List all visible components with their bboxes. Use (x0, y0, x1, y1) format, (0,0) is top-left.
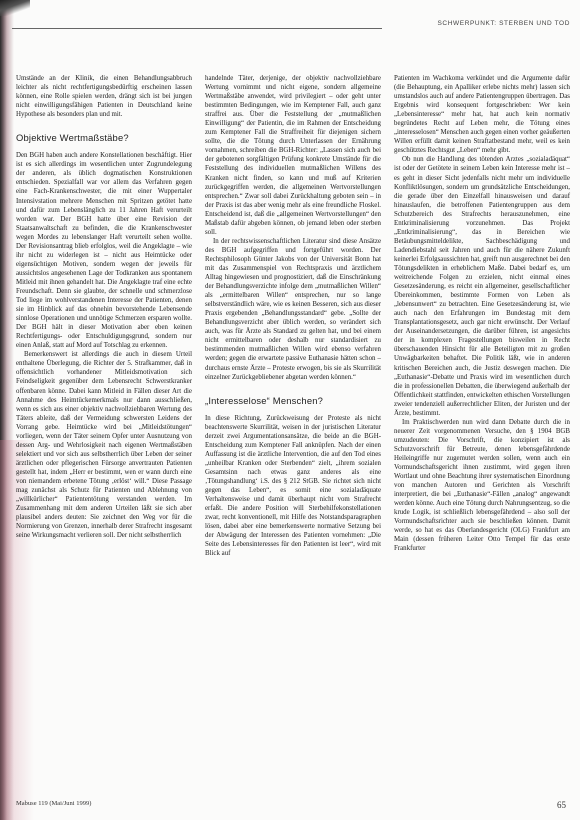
running-head: Schwerpunkt: Sterben und Tod (438, 20, 571, 27)
footer-journal-issue: Mabuse 119 (Mai/Juni 1999) (16, 800, 91, 807)
paragraph: Ob nun die Handlung des tötenden Arztes … (394, 155, 570, 417)
paragraph: Den BGH haben auch andere Konstellatione… (16, 151, 192, 350)
paragraph: In diese Richtung, Zurückweisung der Pro… (205, 414, 381, 559)
header-rule (12, 28, 382, 29)
column-1: Umstände an der Klinik, die einen Behand… (16, 74, 192, 754)
section-heading: Objektive Wertmaßstäbe? (16, 133, 192, 142)
column-2: handelnde Täter, derjenige, der objektiv… (205, 74, 381, 754)
page-number: 65 (557, 800, 566, 810)
paragraph: In der rechtswissenschaftlichen Literatu… (205, 237, 381, 382)
section-heading: „Interesselose“ Menschen? (205, 396, 381, 405)
column-3: Patienten im Wachkoma verkündet und die … (394, 74, 570, 754)
paragraph: Im Praktischwerden nun wird dann Debatte… (394, 418, 570, 554)
paragraph: Patienten im Wachkoma verkündet und die … (394, 74, 570, 155)
document-page: Schwerpunkt: Sterben und Tod Umstände an… (0, 0, 580, 820)
paragraph: handelnde Täter, derjenige, der objektiv… (205, 74, 381, 237)
paragraph: Umstände an der Klinik, die einen Behand… (16, 74, 192, 119)
article-columns: Umstände an der Klinik, die einen Behand… (16, 74, 570, 754)
page-corner-shadow (0, 0, 30, 16)
paragraph: Bemerkenswert ist allerdings die auch in… (16, 350, 192, 540)
